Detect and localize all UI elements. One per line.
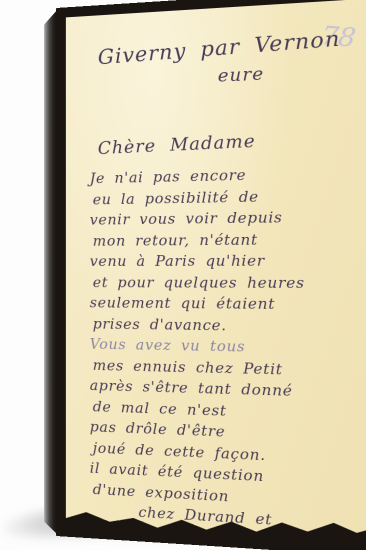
letter-body: Je n'ai pas encore eu la possibilité de … <box>90 162 366 538</box>
canvas-print: 78 Giverny par Vernon eure Chère Madame … <box>56 0 366 550</box>
letter-line: mon retour, n'étant <box>93 228 366 252</box>
letter-line: et pour quelques heures <box>93 273 366 295</box>
letter-paper: 78 Giverny par Vernon eure Chère Madame … <box>66 0 366 542</box>
letter-line: venu à Paris qu'hier <box>90 250 366 272</box>
letter-salutation: Chère Madame <box>98 125 366 159</box>
letter-line: venir vous voir depuis <box>90 206 366 231</box>
canvas-print-mockup: 78 Giverny par Vernon eure Chère Madame … <box>0 0 366 550</box>
letter-heading-region: eure <box>218 58 366 87</box>
letter-line: seulement qui étaient <box>90 293 366 317</box>
